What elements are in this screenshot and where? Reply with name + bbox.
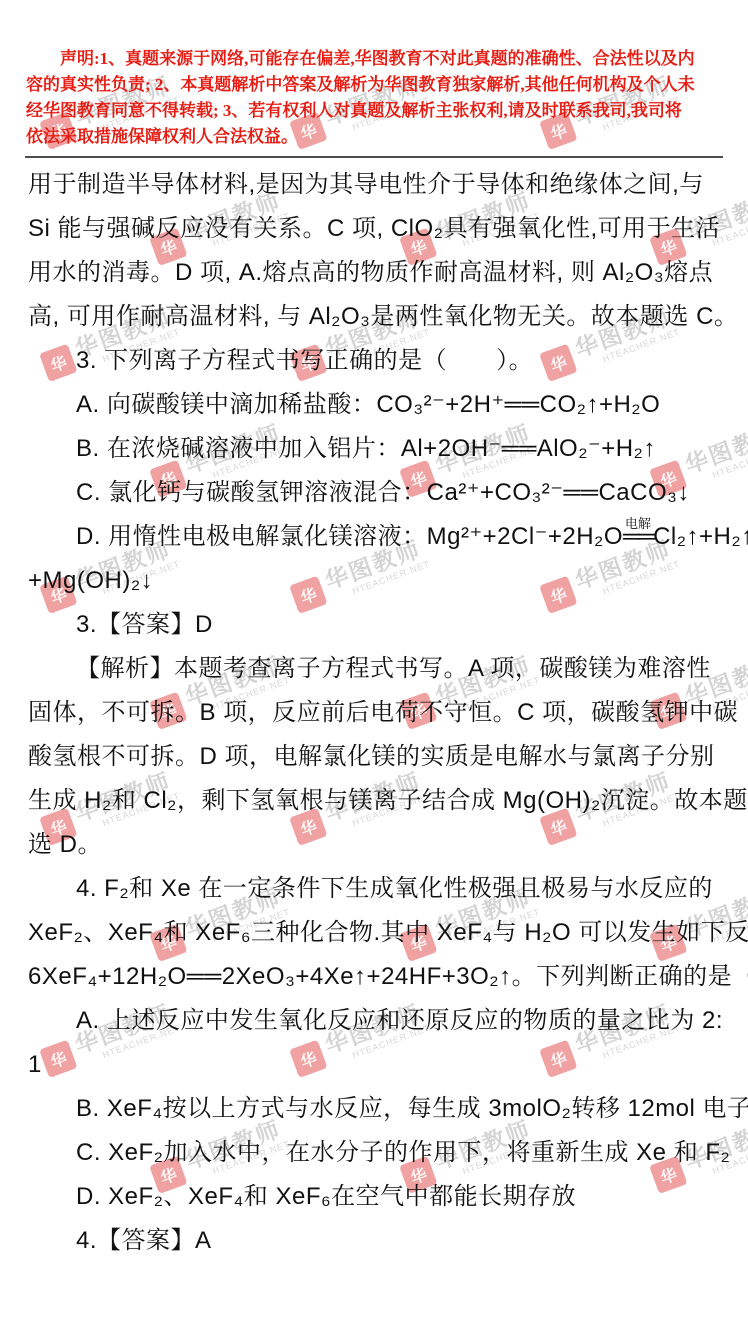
text-line: 酸氢根不可拆。D 项，电解氯化镁的实质是电解水与氯离子分别: [28, 735, 720, 779]
text-line: XeF₂、XeF₄和 XeF₆三种化合物.其中 XeF₄与 H₂O 可以发生如下…: [28, 911, 720, 955]
text-line: D. XeF₂、XeF₄和 XeF₆在空气中都能长期存放: [28, 1175, 720, 1219]
text-line: 用于制造半导体材料,是因为其导电性介于导体和绝缘体之间,与: [28, 163, 720, 207]
text-run: 酸氢根不可拆。D 项，电解氯化镁的实质是电解水与氯离子分别: [28, 743, 715, 770]
disclaimer-line: 声明:1、真题来源于网络,可能存在偏差,华图教育不对此真题的准确性、合法性以及内: [26, 46, 720, 72]
text-run: Si 能与强碱反应没有关系。C 项, ClO₂具有强氧化性,可用于生活: [28, 215, 720, 242]
text-line: 4.【答案】A: [28, 1219, 720, 1263]
text-run: D. 用惰性电极电解氯化镁溶液：Mg²⁺+2Cl⁻+2H₂O: [76, 523, 623, 550]
disclaimer-line: 容的真实性负责; 2、本真题解析中答案及解析为华图教育独家解析,其他任何机构及个…: [26, 72, 720, 98]
text-line: D. 用惰性电极电解氯化镁溶液：Mg²⁺+2Cl⁻+2H₂O电解══Cl₂↑+H…: [28, 515, 720, 559]
text-line: B. 在浓烧碱溶液中加入铝片：Al+2OH⁻══AlO₂⁻+H₂↑: [28, 427, 720, 471]
text-line: 【解析】本题考查离子方程式书写。A 项，碳酸镁为难溶性: [28, 647, 720, 691]
text-run: 用水的消毒。D 项, A.熔点高的物质作耐高温材料, 则 Al₂O₃熔点: [28, 259, 713, 286]
exam-solution-page: 声明:1、真题来源于网络,可能存在偏差,华图教育不对此真题的准确性、合法性以及内…: [0, 0, 748, 1263]
disclaimer-line: 经华图教育同意不得转载; 3、若有权利人对真题及解析主张权利,请及时联系我司,我…: [26, 98, 720, 124]
text-line: B. XeF₄按以上方式与水反应，每生成 3molO₂转移 12mol 电子: [28, 1087, 720, 1131]
document-body: 用于制造半导体材料,是因为其导电性介于导体和绝缘体之间,与Si 能与强碱反应没有…: [0, 158, 748, 1263]
text-run: Cl₂↑+H₂↑: [653, 523, 748, 550]
text-run: 固体，不可拆。B 项，反应前后电荷不守恒。C 项，碳酸氢钾中碳: [28, 699, 738, 726]
text-line: A. 上述反应中发生氧化反应和还原反应的物质的量之比为 2:: [28, 999, 720, 1043]
text-run: 1: [28, 1051, 42, 1078]
text-run: 4.【答案】A: [76, 1227, 212, 1254]
text-run: 选 D。: [28, 831, 102, 858]
disclaimer-line: 依法采取措施保障权利人合法权益。: [26, 124, 720, 150]
text-run: B. 在浓烧碱溶液中加入铝片：Al+2OH⁻══AlO₂⁻+H₂↑: [76, 435, 656, 462]
text-run: 3.【答案】D: [76, 611, 213, 638]
text-line: +Mg(OH)₂↓: [28, 559, 720, 603]
text-line: 1: [28, 1043, 720, 1087]
text-run: XeF₂、XeF₄和 XeF₆三种化合物.其中 XeF₄与 H₂O 可以发生如下…: [28, 919, 748, 946]
disclaimer-label: 声明:: [60, 49, 100, 68]
text-line: 3.【答案】D: [28, 603, 720, 647]
text-run: 4. F₂和 Xe 在一定条件下生成氧化性极强且极易与水反应的: [76, 875, 713, 902]
text-run: +Mg(OH)₂↓: [28, 567, 153, 594]
text-line: 3. 下列离子方程式书写正确的是（ ）。: [28, 339, 720, 383]
text-line: C. XeF₂加入水中，在水分子的作用下，将重新生成 Xe 和 F₂: [28, 1131, 720, 1175]
text-run: B. XeF₄按以上方式与水反应，每生成 3molO₂转移 12mol 电子: [76, 1095, 748, 1122]
text-run: 用于制造半导体材料,是因为其导电性介于导体和绝缘体之间,与: [28, 171, 704, 198]
text-run: C. XeF₂加入水中，在水分子的作用下，将重新生成 Xe 和 F₂: [76, 1139, 730, 1166]
text-line: 6XeF₄+12H₂O══2XeO₃+4Xe↑+24HF+3O₂↑。下列判断正确…: [28, 955, 720, 999]
text-line: 固体，不可拆。B 项，反应前后电荷不守恒。C 项，碳酸氢钾中碳: [28, 691, 720, 735]
text-run: 3. 下列离子方程式书写正确的是（ ）。: [76, 347, 533, 374]
text-line: 用水的消毒。D 项, A.熔点高的物质作耐高温材料, 则 Al₂O₃熔点: [28, 251, 720, 295]
text-run: 高, 可用作耐高温材料, 与 Al₂O₃是两性氧化物无关。故本题选 C。: [28, 303, 738, 330]
disclaimer-text: 1、真题来源于网络,可能存在偏差,华图教育不对此真题的准确性、合法性以及内: [100, 49, 695, 68]
text-run: 生成 H₂和 Cl₂，剩下氢氧根与镁离子结合成 Mg(OH)₂沉淀。故本题: [28, 787, 748, 814]
text-run: A. 向碳酸镁中滴加稀盐酸：CO₃²⁻+2H⁺══CO₂↑+H₂O: [76, 391, 660, 418]
text-line: 高, 可用作耐高温材料, 与 Al₂O₃是两性氧化物无关。故本题选 C。: [28, 295, 720, 339]
text-run: A. 上述反应中发生氧化反应和还原反应的物质的量之比为 2:: [76, 1007, 723, 1034]
text-line: 选 D。: [28, 823, 720, 867]
text-line: 4. F₂和 Xe 在一定条件下生成氧化性极强且极易与水反应的: [28, 867, 720, 911]
text-run: D. XeF₂、XeF₄和 XeF₆在空气中都能长期存放: [76, 1183, 576, 1210]
text-line: Si 能与强碱反应没有关系。C 项, ClO₂具有强氧化性,可用于生活: [28, 207, 720, 251]
text-line: 生成 H₂和 Cl₂，剩下氢氧根与镁离子结合成 Mg(OH)₂沉淀。故本题: [28, 779, 720, 823]
text-run: 6XeF₄+12H₂O══2XeO₃+4Xe↑+24HF+3O₂↑。下列判断正确…: [28, 963, 748, 990]
text-line: A. 向碳酸镁中滴加稀盐酸：CO₃²⁻+2H⁺══CO₂↑+H₂O: [28, 383, 720, 427]
text-run: 【解析】本题考查离子方程式书写。A 项，碳酸镁为难溶性: [76, 655, 711, 682]
text-line: C. 氯化钙与碳酸氢钾溶液混合：Ca²⁺+CO₃²⁻══CaCO₃↓: [28, 471, 720, 515]
reaction-condition-over-equals: 电解══: [623, 515, 653, 559]
text-run: C. 氯化钙与碳酸氢钾溶液混合：Ca²⁺+CO₃²⁻══CaCO₃↓: [76, 479, 690, 506]
disclaimer-notice: 声明:1、真题来源于网络,可能存在偏差,华图教育不对此真题的准确性、合法性以及内…: [0, 0, 748, 150]
